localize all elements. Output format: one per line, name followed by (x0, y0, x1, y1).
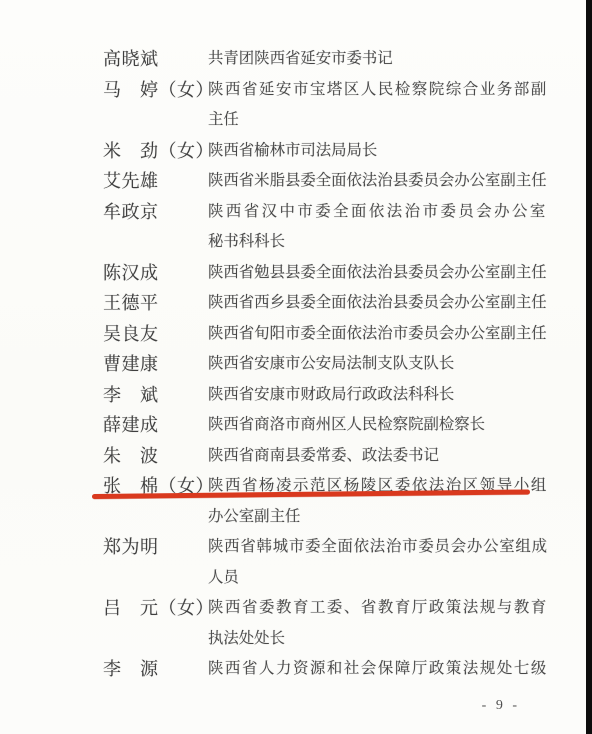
roster-row: 朱 波 陕西省商南县委常委、政法委书记 (103, 441, 545, 472)
roster-row: 曹建康 陕西省安康市公安局法制支队支队长 (103, 349, 545, 380)
person-title: 陕西省杨凌示范区杨陵区委依法治区领导小组办公室副主任 (208, 471, 548, 532)
person-name: 朱 波 (103, 441, 208, 472)
roster-row: 牟政京 陕西省汉中市委全面依法治市委员会办公室秘书科科长 (103, 197, 545, 258)
title-line: 陕西省委教育工委、省教育厅政策法规与教育 (208, 593, 548, 624)
person-name: 牟政京 (103, 197, 208, 228)
roster-row: 李 斌 陕西省安康市财政局行政政法科科长 (103, 380, 545, 411)
person-name: 艾先雄 (103, 166, 208, 197)
person-title: 共青团陕西省延安市委书记 (208, 44, 548, 75)
roster-list: 高晓斌 共青团陕西省延安市委书记 马 婷（女） 陕西省延安市宝塔区人民检察院综合… (103, 44, 545, 685)
title-line: 执法处处长 (208, 624, 548, 655)
person-name: 王德平 (103, 288, 208, 319)
person-title: 陕西省委教育工委、省教育厅政策法规与教育执法处处长 (208, 593, 548, 654)
person-name: 马 婷（女） (103, 75, 208, 106)
title-line: 秘书科科长 (208, 227, 548, 258)
roster-row: 吴良友 陕西省旬阳市委全面依法治市委员会办公室副主任 (103, 319, 545, 350)
title-line: 陕西省安康市财政局行政政法科科长 (208, 380, 548, 411)
roster-row: 马 婷（女） 陕西省延安市宝塔区人民检察院综合业务部副主任 (103, 75, 545, 136)
title-line: 主任 (208, 105, 548, 136)
title-line: 办公室副主任 (208, 502, 548, 533)
person-title: 陕西省商洛市商州区人民检察院副检察长 (208, 410, 548, 441)
person-title: 陕西省商南县委常委、政法委书记 (208, 441, 548, 472)
person-title: 陕西省西乡县委全面依法治县委员会办公室副主任 (208, 288, 548, 319)
roster-row: 艾先雄 陕西省米脂县委全面依法治县委员会办公室副主任 (103, 166, 545, 197)
title-line: 陕西省韩城市委全面依法治市委员会办公室组成 (208, 532, 548, 563)
person-name: 薛建成 (103, 410, 208, 441)
person-name: 郑为明 (103, 532, 208, 563)
person-title: 陕西省人力资源和社会保障厅政策法规处七级 (208, 654, 548, 685)
person-title: 陕西省榆林市司法局局长 (208, 136, 548, 167)
person-name: 曹建康 (103, 349, 208, 380)
title-line: 陕西省延安市宝塔区人民检察院综合业务部副 (208, 75, 548, 106)
title-line: 陕西省汉中市委全面依法治市委员会办公室 (208, 197, 548, 228)
person-name: 吕 元（女） (103, 593, 208, 624)
person-title: 陕西省勉县县委全面依法治县委员会办公室副主任 (208, 258, 548, 289)
title-line: 陕西省商洛市商州区人民检察院副检察长 (208, 410, 548, 441)
title-line: 陕西省旬阳市委全面依法治市委员会办公室副主任 (208, 319, 548, 350)
person-title: 陕西省延安市宝塔区人民检察院综合业务部副主任 (208, 75, 548, 136)
title-line: 陕西省商南县委常委、政法委书记 (208, 441, 548, 472)
roster-row: 薛建成 陕西省商洛市商州区人民检察院副检察长 (103, 410, 545, 441)
title-line: 陕西省人力资源和社会保障厅政策法规处七级 (208, 654, 548, 685)
person-name: 陈汉成 (103, 258, 208, 289)
title-line: 人员 (208, 563, 548, 594)
title-line: 陕西省安康市公安局法制支队支队长 (208, 349, 548, 380)
roster-row: 陈汉成 陕西省勉县县委全面依法治县委员会办公室副主任 (103, 258, 545, 289)
title-line: 共青团陕西省延安市委书记 (208, 44, 548, 75)
roster-row: 高晓斌 共青团陕西省延安市委书记 (103, 44, 545, 75)
person-title: 陕西省安康市公安局法制支队支队长 (208, 349, 548, 380)
roster-row: 王德平 陕西省西乡县委全面依法治县委员会办公室副主任 (103, 288, 545, 319)
person-name: 吴良友 (103, 319, 208, 350)
person-title: 陕西省安康市财政局行政政法科科长 (208, 380, 548, 411)
page-number: - 9 - (482, 698, 520, 714)
person-name: 米 劲（女） (103, 136, 208, 167)
roster-row: 郑为明 陕西省韩城市委全面依法治市委员会办公室组成人员 (103, 532, 545, 593)
roster-row: 张 棉（女） 陕西省杨凌示范区杨陵区委依法治区领导小组办公室副主任 (103, 471, 545, 532)
scan-edge-artifact (586, 0, 592, 734)
person-name: 高晓斌 (103, 44, 208, 75)
title-line: 陕西省榆林市司法局局长 (208, 136, 548, 167)
person-name: 李 源 (103, 654, 208, 685)
person-title: 陕西省旬阳市委全面依法治市委员会办公室副主任 (208, 319, 548, 350)
roster-row: 李 源 陕西省人力资源和社会保障厅政策法规处七级 (103, 654, 545, 685)
title-line: 陕西省勉县县委全面依法治县委员会办公室副主任 (208, 258, 548, 289)
person-title: 陕西省汉中市委全面依法治市委员会办公室秘书科科长 (208, 197, 548, 258)
title-line: 陕西省西乡县委全面依法治县委员会办公室副主任 (208, 288, 548, 319)
roster-row: 米 劲（女） 陕西省榆林市司法局局长 (103, 136, 545, 167)
person-title: 陕西省韩城市委全面依法治市委员会办公室组成人员 (208, 532, 548, 593)
roster-row: 吕 元（女） 陕西省委教育工委、省教育厅政策法规与教育执法处处长 (103, 593, 545, 654)
title-line: 陕西省米脂县委全面依法治县委员会办公室副主任 (208, 166, 548, 197)
document-page: 高晓斌 共青团陕西省延安市委书记 马 婷（女） 陕西省延安市宝塔区人民检察院综合… (0, 0, 592, 734)
person-name: 李 斌 (103, 380, 208, 411)
person-title: 陕西省米脂县委全面依法治县委员会办公室副主任 (208, 166, 548, 197)
